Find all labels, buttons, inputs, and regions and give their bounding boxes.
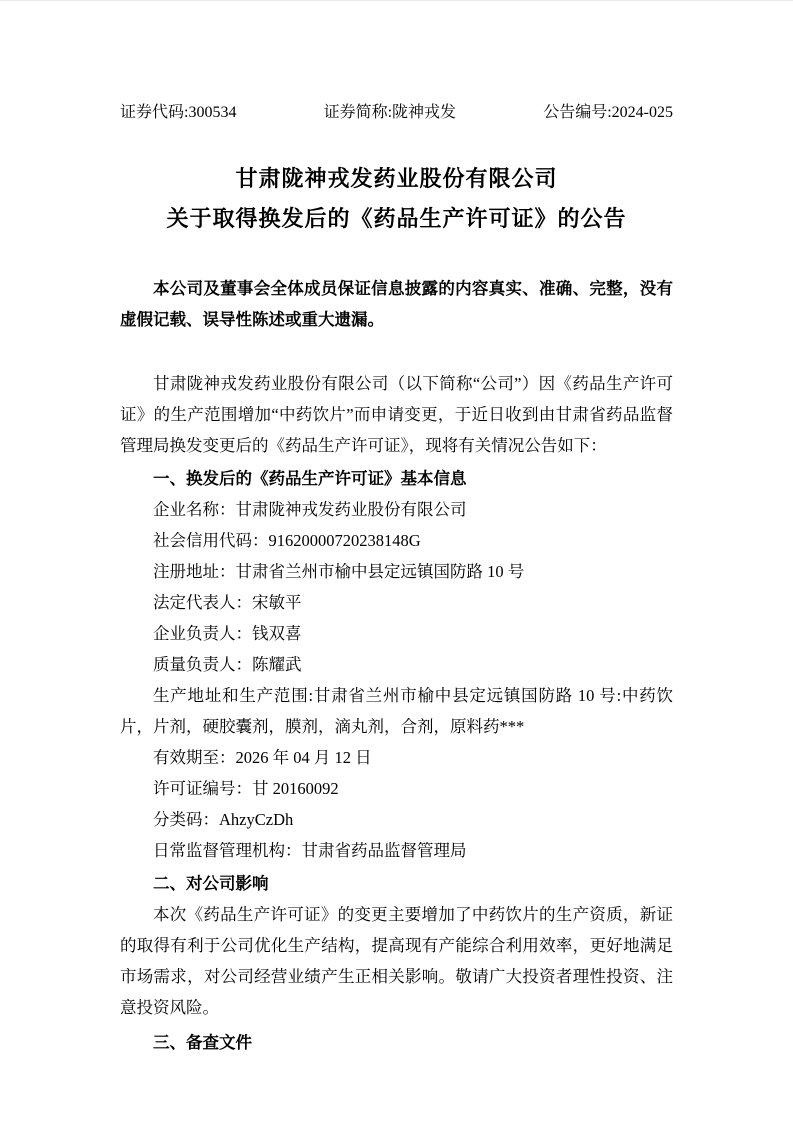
- stock-code: 证券代码:300534: [120, 100, 236, 126]
- document-page: 证券代码:300534 证券简称:陇神戎发 公告编号:2024-025 甘肃陇神…: [0, 0, 793, 1122]
- item-legal-representative: 法定代表人：宋敏平: [120, 587, 673, 618]
- document-header: 证券代码:300534 证券简称:陇神戎发 公告编号:2024-025: [120, 100, 673, 126]
- impact-paragraph: 本次《药品生产许可证》的变更主要增加了中药饮片的生产资质，新证的取得有利于公司优…: [120, 899, 673, 1023]
- item-quality-principal: 质量负责人：陈耀武: [120, 649, 673, 680]
- item-registered-address: 注册地址：甘肃省兰州市榆中县定远镇国防路 10 号: [120, 556, 673, 587]
- item-enterprise-name: 企业名称：甘肃陇神戎发药业股份有限公司: [120, 494, 673, 525]
- item-production-address-scope: 生产地址和生产范围:甘肃省兰州市榆中县定远镇国防路 10 号:中药饮片，片剂，硬…: [120, 680, 673, 742]
- announcement-title: 关于取得换发后的《药品生产许可证》的公告: [120, 199, 673, 239]
- company-name-title: 甘肃陇神戎发药业股份有限公司: [120, 159, 673, 199]
- stock-abbr: 证券简称:陇神戎发: [324, 100, 456, 126]
- section-1-heading: 一、换发后的《药品生产许可证》基本信息: [120, 463, 673, 494]
- disclaimer-paragraph: 本公司及董事会全体成员保证信息披露的内容真实、准确、完整，没有虚假记载、误导性陈…: [120, 273, 673, 335]
- item-supervision-authority: 日常监督管理机构：甘肃省药品监督管理局: [120, 835, 673, 866]
- title-block: 甘肃陇神戎发药业股份有限公司 关于取得换发后的《药品生产许可证》的公告: [120, 159, 673, 239]
- item-credit-code: 社会信用代码：91620000720238148G: [120, 525, 673, 556]
- item-license-number: 许可证编号：甘 20160092: [120, 773, 673, 804]
- announcement-number: 公告编号:2024-025: [543, 100, 673, 126]
- item-validity-date: 有效期至：2026 年 04 月 12 日: [120, 742, 673, 773]
- section-3-heading: 三、备查文件: [120, 1027, 673, 1058]
- intro-paragraph: 甘肃陇神戎发药业股份有限公司（以下简称“公司”）因《药品生产许可证》的生产范围增…: [120, 368, 673, 461]
- section-2-heading: 二、对公司影响: [120, 868, 673, 899]
- item-enterprise-principal: 企业负责人：钱双喜: [120, 618, 673, 649]
- item-classification-code: 分类码：AhzyCzDh: [120, 804, 673, 835]
